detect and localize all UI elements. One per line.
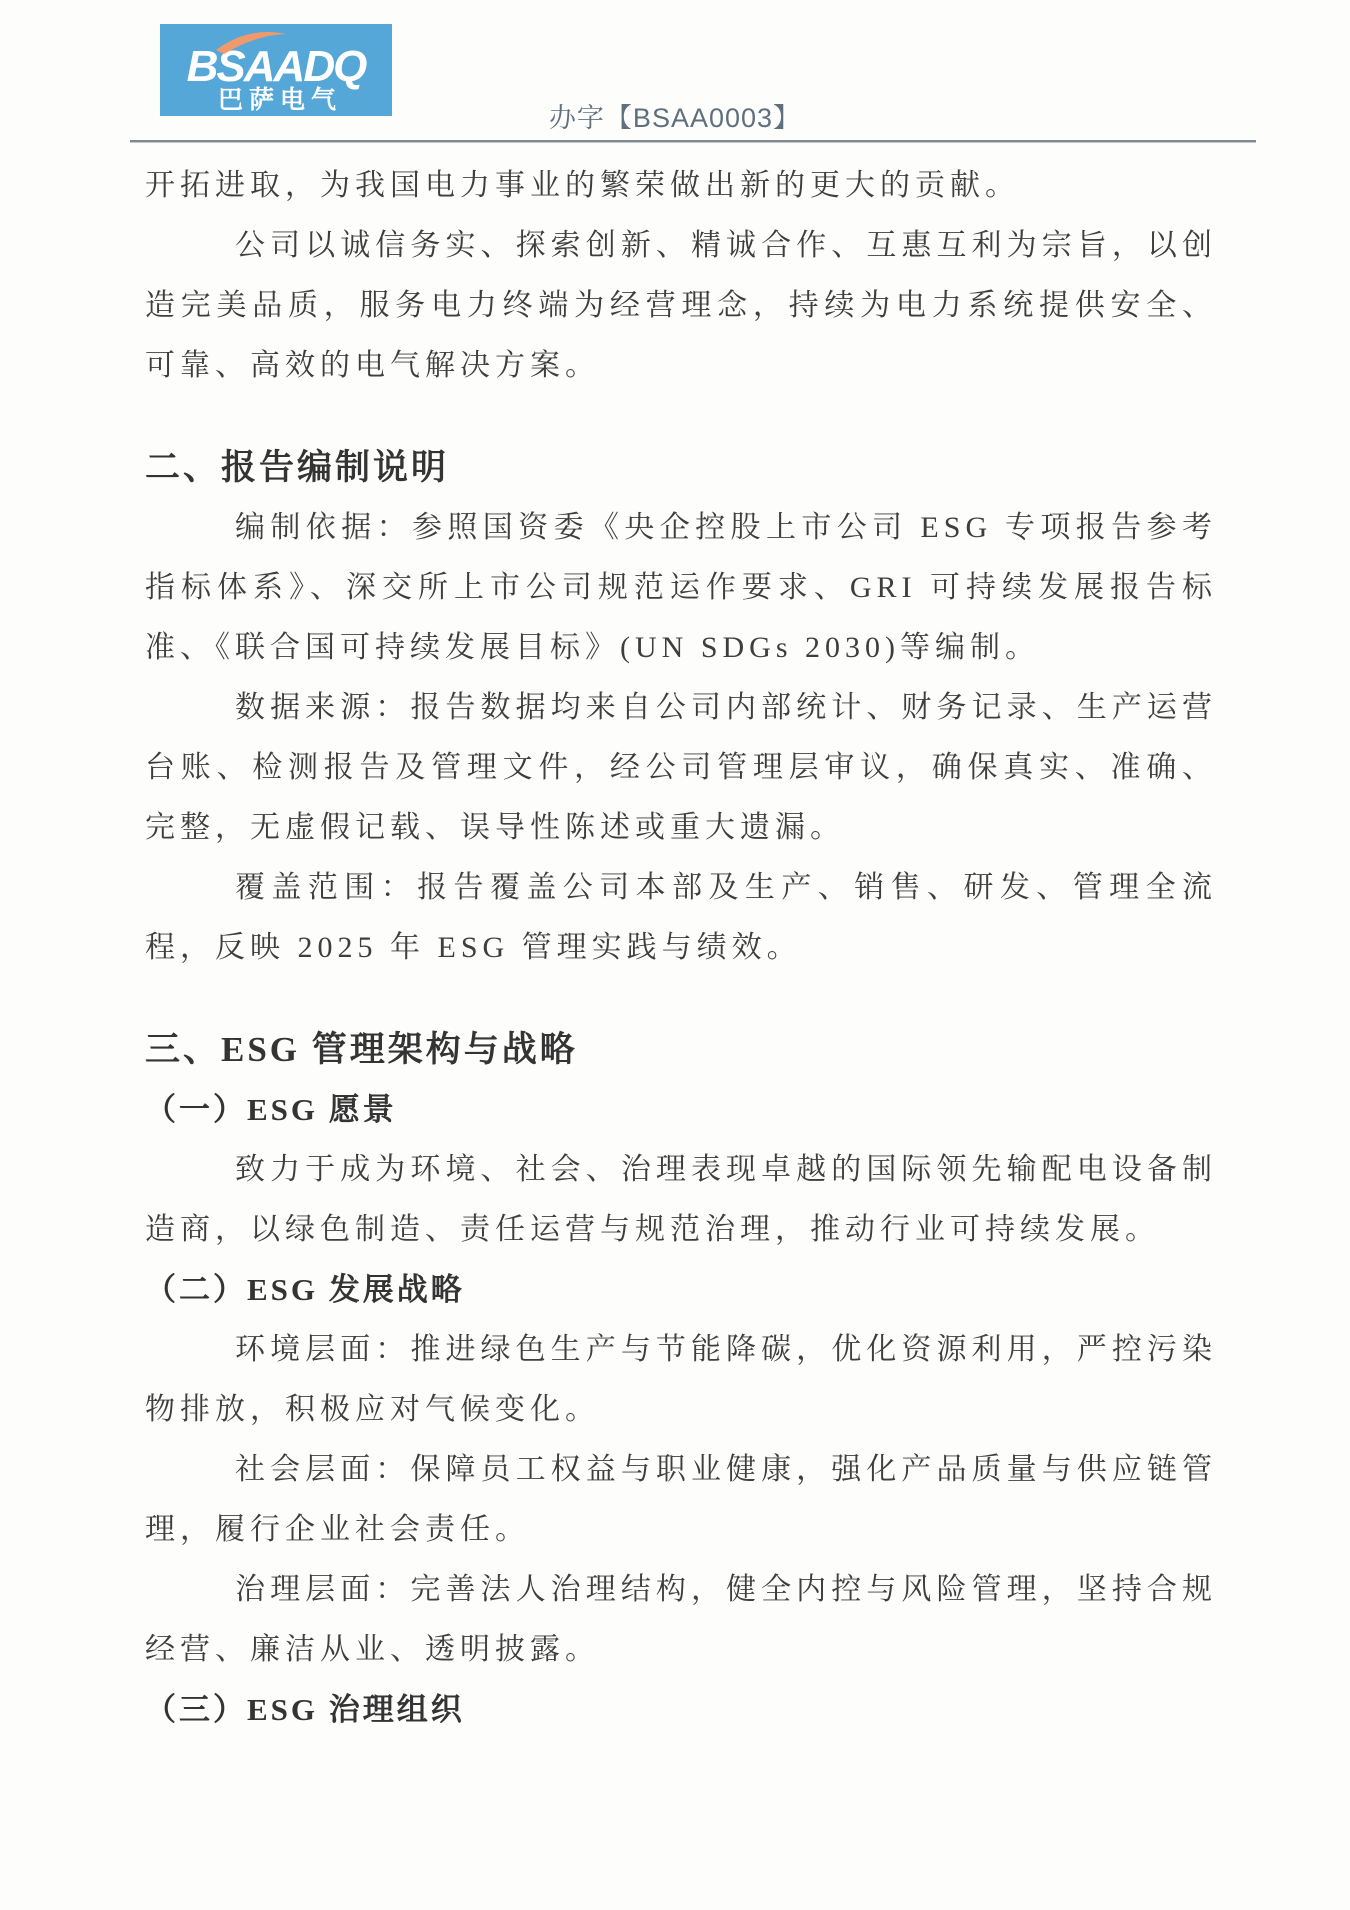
subsection-heading-3: （三）ESG 治理组织 bbox=[145, 1680, 1217, 1740]
paragraph: 编制依据：参照国资委《央企控股上市公司 ESG 专项报告参考指标体系》、深交所上… bbox=[145, 498, 1217, 678]
paragraph: 社会层面：保障员工权益与职业健康，强化产品质量与供应链管理，履行企业社会责任。 bbox=[145, 1440, 1217, 1560]
header-divider bbox=[130, 140, 1256, 143]
paragraph: 治理层面：完善法人治理结构，健全内控与风险管理，坚持合规经营、廉洁从业、透明披露… bbox=[145, 1560, 1217, 1680]
paragraph: 环境层面：推进绿色生产与节能降碳，优化资源利用，严控污染物排放，积极应对气候变化… bbox=[145, 1320, 1217, 1440]
section-heading-2: 二、报告编制说明 bbox=[145, 438, 1217, 498]
document-body: 开拓进取，为我国电力事业的繁荣做出新的更大的贡献。 公司以诚信务实、探索创新、精… bbox=[145, 156, 1217, 1740]
doc-number: 办字【BSAA0003】 bbox=[0, 96, 1350, 135]
paragraph: 公司以诚信务实、探索创新、精诚合作、互惠互利为宗旨，以创造完美品质，服务电力终端… bbox=[145, 216, 1217, 396]
section-heading-3: 三、ESG 管理架构与战略 bbox=[145, 1020, 1217, 1080]
paragraph-continued: 开拓进取，为我国电力事业的繁荣做出新的更大的贡献。 bbox=[145, 156, 1217, 216]
paragraph: 致力于成为环境、社会、治理表现卓越的国际领先输配电设备制造商，以绿色制造、责任运… bbox=[145, 1140, 1217, 1260]
document-page: BSAADQ 巴萨电气 办字【BSAA0003】 开拓进取，为我国电力事业的繁荣… bbox=[0, 0, 1350, 1910]
paragraph: 覆盖范围：报告覆盖公司本部及生产、销售、研发、管理全流程，反映 2025 年 E… bbox=[145, 858, 1217, 978]
subsection-heading-1: （一）ESG 愿景 bbox=[145, 1080, 1217, 1140]
paragraph: 数据来源：报告数据均来自公司内部统计、财务记录、生产运营台账、检测报告及管理文件… bbox=[145, 678, 1217, 858]
logo-brand-text: BSAADQ bbox=[187, 42, 367, 91]
subsection-heading-2: （二）ESG 发展战略 bbox=[145, 1260, 1217, 1320]
